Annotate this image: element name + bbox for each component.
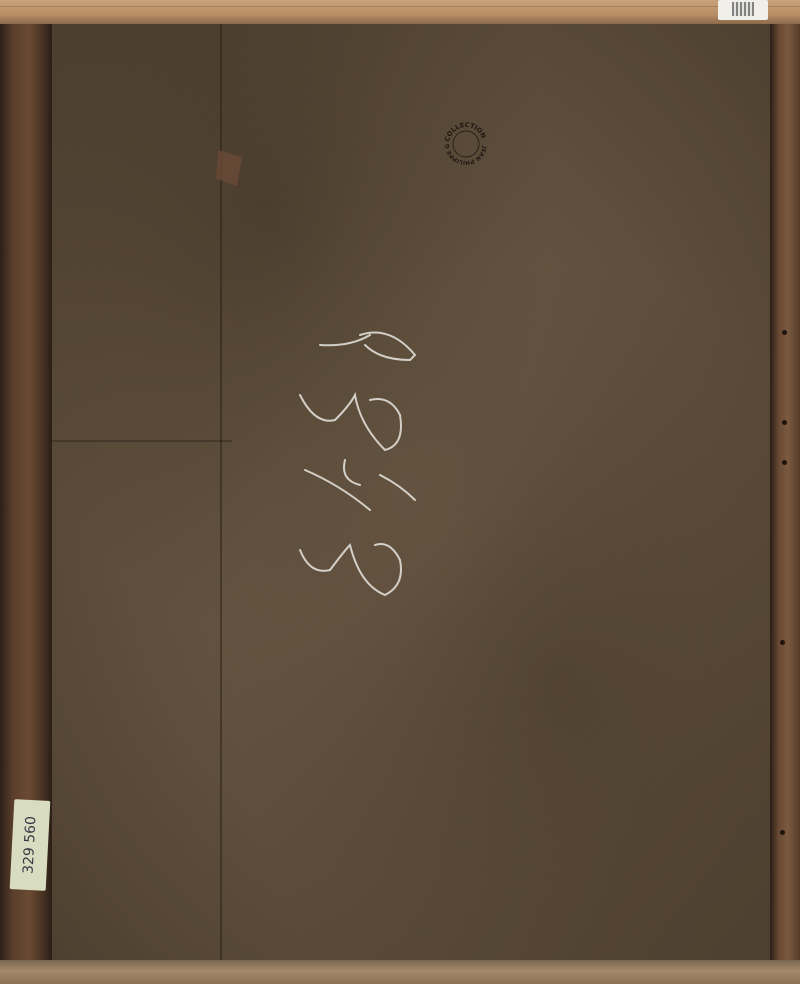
chalk-markings [290,285,420,605]
qr-code-icon [732,2,754,16]
canvas-seam-horizontal [52,440,232,442]
nail [780,640,785,645]
collection-stamp: COLLECTION JEAN PHILIPPE GUENT [440,118,492,170]
inventory-number: 329 560 [20,816,39,875]
svg-text:COLLECTION: COLLECTION [443,121,488,143]
inventory-label: 329 560 [10,799,51,891]
stretcher-top-bar [0,0,800,24]
nail [782,330,787,335]
stretcher-right-bar [770,24,800,960]
qr-sticker [718,0,768,20]
stretcher-bottom-bar [0,960,800,984]
nail [782,460,787,465]
nail [780,830,785,835]
nail [782,420,787,425]
stamp-text-top: COLLECTION [443,121,488,143]
